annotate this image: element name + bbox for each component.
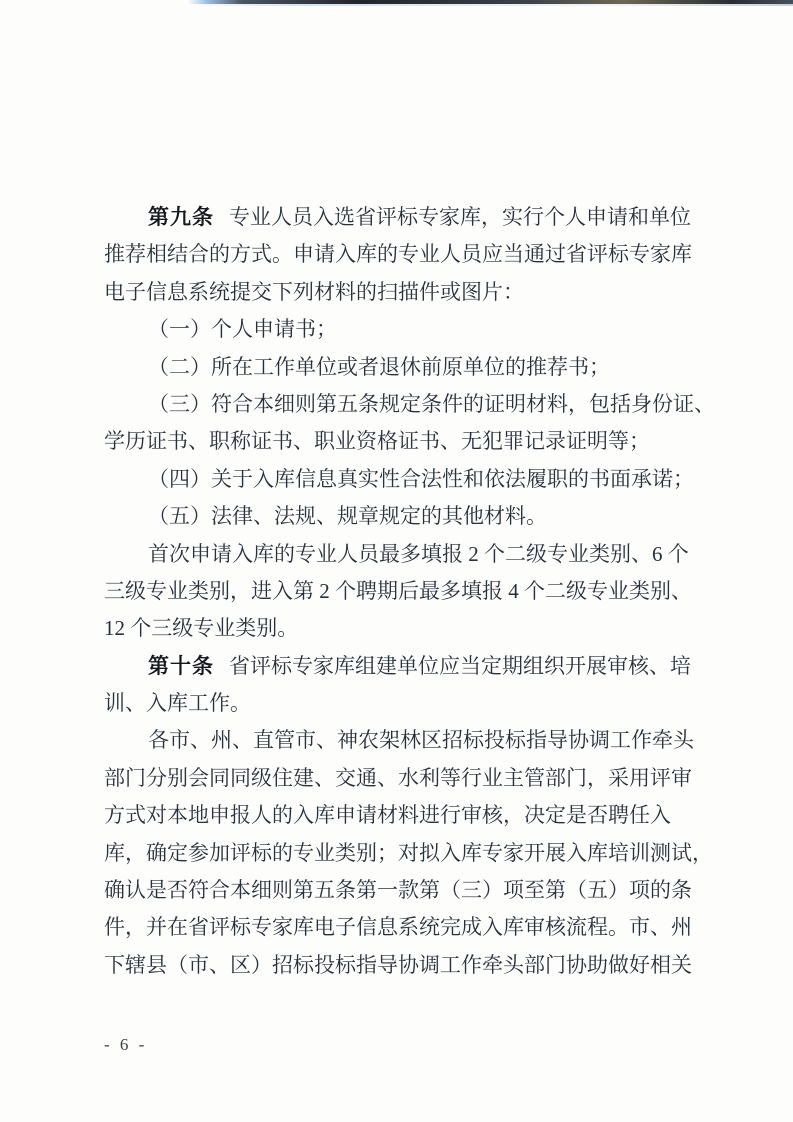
text-line: 推荐相结合的方式。申请入库的专业人员应当通过省评标专家库 xyxy=(104,236,696,273)
article-9-heading-line: 第九条专业人员入选省评标专家库，实行个人申请和单位 xyxy=(104,199,696,236)
text-line: 学历证书、职称证书、职业资格证书、无犯罪记录证明等； xyxy=(104,423,696,460)
list-item-5-line: （五）法律、法规、规章规定的其他材料。 xyxy=(104,498,696,535)
text-line: 省评标专家库组建单位应当定期组织开展审核、培 xyxy=(229,654,691,678)
page-number: - 6 - xyxy=(104,1035,147,1055)
text-line: 电子信息系统提交下列材料的扫描件或图片： xyxy=(104,274,696,311)
text-line: 确认是否符合本细则第五条第一款第（三）项至第（五）项的条 xyxy=(104,872,696,909)
paragraph-start-line: 首次申请入库的专业人员最多填报 2 个二级专业类别、6 个 xyxy=(104,536,696,573)
text-line: 下辖县（市、区）招标投标指导协调工作牵头部门协助做好相关 xyxy=(104,947,696,984)
document-body: 第九条专业人员入选省评标专家库，实行个人申请和单位 推荐相结合的方式。申请入库的… xyxy=(104,199,696,984)
article-9-number: 第九条 xyxy=(148,206,214,229)
text-line: 件，并在省评标专家库电子信息系统完成入库审核流程。市、州 xyxy=(104,909,696,946)
list-item-1-line: （一）个人申请书； xyxy=(104,311,696,348)
list-item-4-line: （四）关于入库信息真实性合法性和依法履职的书面承诺； xyxy=(104,461,696,498)
top-scan-artifact-line xyxy=(188,0,793,4)
paragraph-start-line: 各市、州、直管市、神农架林区招标投标指导协调工作牵头 xyxy=(104,722,696,759)
list-item-2-line: （二）所在工作单位或者退休前原单位的推荐书； xyxy=(104,349,696,386)
text-line: 部门分别会同同级住建、交通、水利等行业主管部门，采用评审 xyxy=(104,760,696,797)
article-10-heading-line: 第十条省评标专家库组建单位应当定期组织开展审核、培 xyxy=(104,648,696,685)
article-10-number: 第十条 xyxy=(148,655,214,678)
text-line: 方式对本地申报人的入库申请材料进行审核，决定是否聘任入 xyxy=(104,797,696,834)
list-item-3-line: （三）符合本细则第五条规定条件的证明材料，包括身份证、 xyxy=(104,386,696,423)
text-line: 库，确定参加评标的专业类别；对拟入库专家开展入库培训测试， xyxy=(104,835,696,872)
text-line: 训、入库工作。 xyxy=(104,685,696,722)
document-page: 第九条专业人员入选省评标专家库，实行个人申请和单位 推荐相结合的方式。申请入库的… xyxy=(0,0,793,1122)
text-line: 12 个三级专业类别。 xyxy=(104,610,696,647)
text-line: 专业人员入选省评标专家库，实行个人申请和单位 xyxy=(229,205,691,229)
text-line: 三级专业类别，进入第 2 个聘期后最多填报 4 个二级专业类别、 xyxy=(104,573,696,610)
